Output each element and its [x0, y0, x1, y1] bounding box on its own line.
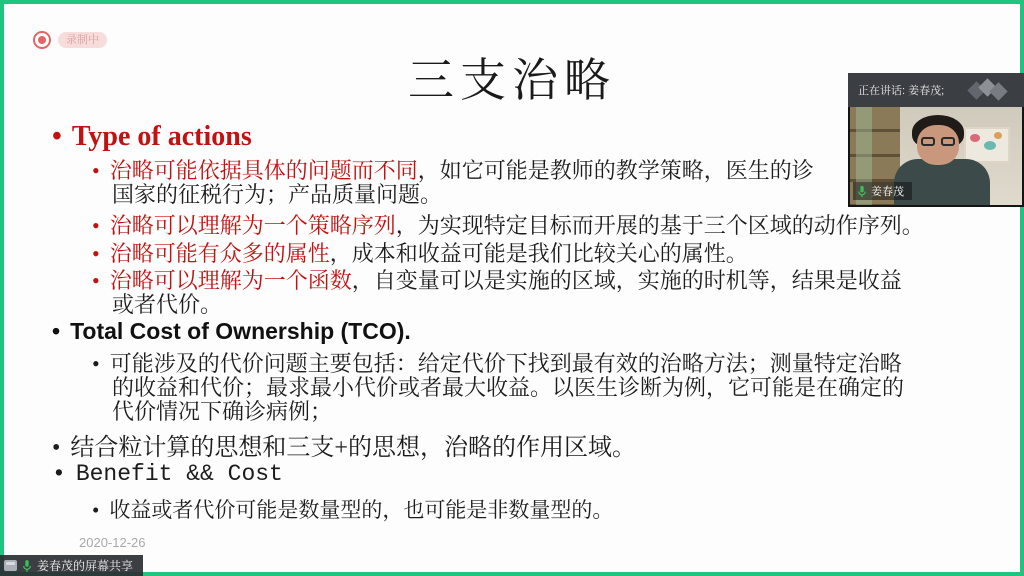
heading-benefit-cost: Benefit && Cost — [52, 461, 283, 487]
speaker-video-feed: 姜春茂 — [848, 107, 1024, 207]
speaker-name-tag: 姜春茂 — [853, 182, 912, 200]
recording-indicator[interactable]: 录制中 — [33, 31, 107, 49]
heading-benefit-cost-text: Benefit && Cost — [76, 461, 283, 487]
bullet-strategy-attributes-red: 治略可能有众多的属性 — [110, 241, 330, 266]
bullet-strategy-sequence-black: ，为实现特定目标而开展的基于三个区域的动作序列。 — [396, 213, 924, 238]
heading-type-of-actions: Type of actions — [52, 121, 252, 153]
record-icon — [33, 31, 51, 49]
speaker-glasses — [921, 137, 955, 146]
heading-tco-text: Total Cost of Ownership (TCO). — [70, 318, 411, 344]
bullet-strategy-function-black: ，自变量可以是实施的区域，实施的时机等，结果是收益 — [352, 268, 902, 293]
bullet-quantitative-text: 收益或者代价可能是数量型的，也可能是非数量型的。 — [109, 498, 613, 522]
heading-type-of-actions-text: Type of actions — [72, 121, 252, 152]
meeting-logo-icon — [966, 81, 1012, 99]
speaker-video-header: 正在讲话: 姜春茂; — [848, 73, 1024, 107]
bullet-tco-line3: 代价情况下确诊病例； — [112, 395, 332, 426]
bullet-strategy-attributes-black: ，成本和收益可能是我们比较关心的属性。 — [330, 241, 748, 266]
speaking-label: 正在讲话: 姜春茂; — [858, 82, 944, 98]
speaker-name-text: 姜春茂 — [871, 183, 904, 199]
slide-date: 2020-12-26 — [79, 535, 146, 550]
bullet-quantitative: 收益或者代价可能是数量型的，也可能是非数量型的。 — [92, 494, 613, 524]
bullet-strategy-differs-black: ，如它可能是教师的教学策略，医生的诊 — [418, 158, 814, 183]
share-window-icon — [4, 560, 17, 571]
microphone-icon — [857, 185, 867, 198]
heading-tco: Total Cost of Ownership (TCO). — [52, 318, 411, 345]
share-banner-label: 姜春茂的屏幕共享 — [37, 557, 133, 574]
recording-label: 录制中 — [58, 32, 107, 48]
bullet-strategy-sequence: 治略可以理解为一个策略序列，为实现特定目标而开展的基于三个区域的动作序列。 — [92, 209, 924, 240]
wall-poster — [964, 127, 1010, 163]
bullet-strategy-function-line2: 或者代价。 — [112, 288, 222, 319]
shared-screen: 录制中 三支治略 Type of actions 治略可能依据具体的问题而不同，… — [0, 0, 1024, 576]
screen-share-banner: 姜春茂的屏幕共享 — [0, 555, 143, 576]
bullet-strategy-differs-line2: 国家的征税行为；产品质量问题。 — [112, 178, 442, 209]
bullet-granular-computing-text: 结合粒计算的思想和三支+的思想，治略的作用区域。 — [70, 435, 636, 461]
bullet-strategy-sequence-red: 治略可以理解为一个策略序列 — [110, 213, 396, 238]
speaker-video-overlay[interactable]: 正在讲话: 姜春茂; 姜春茂 — [848, 73, 1024, 207]
banner-microphone-icon — [22, 559, 32, 573]
bullet-granular-computing: 结合粒计算的思想和三支+的思想，治略的作用区域。 — [52, 427, 636, 462]
